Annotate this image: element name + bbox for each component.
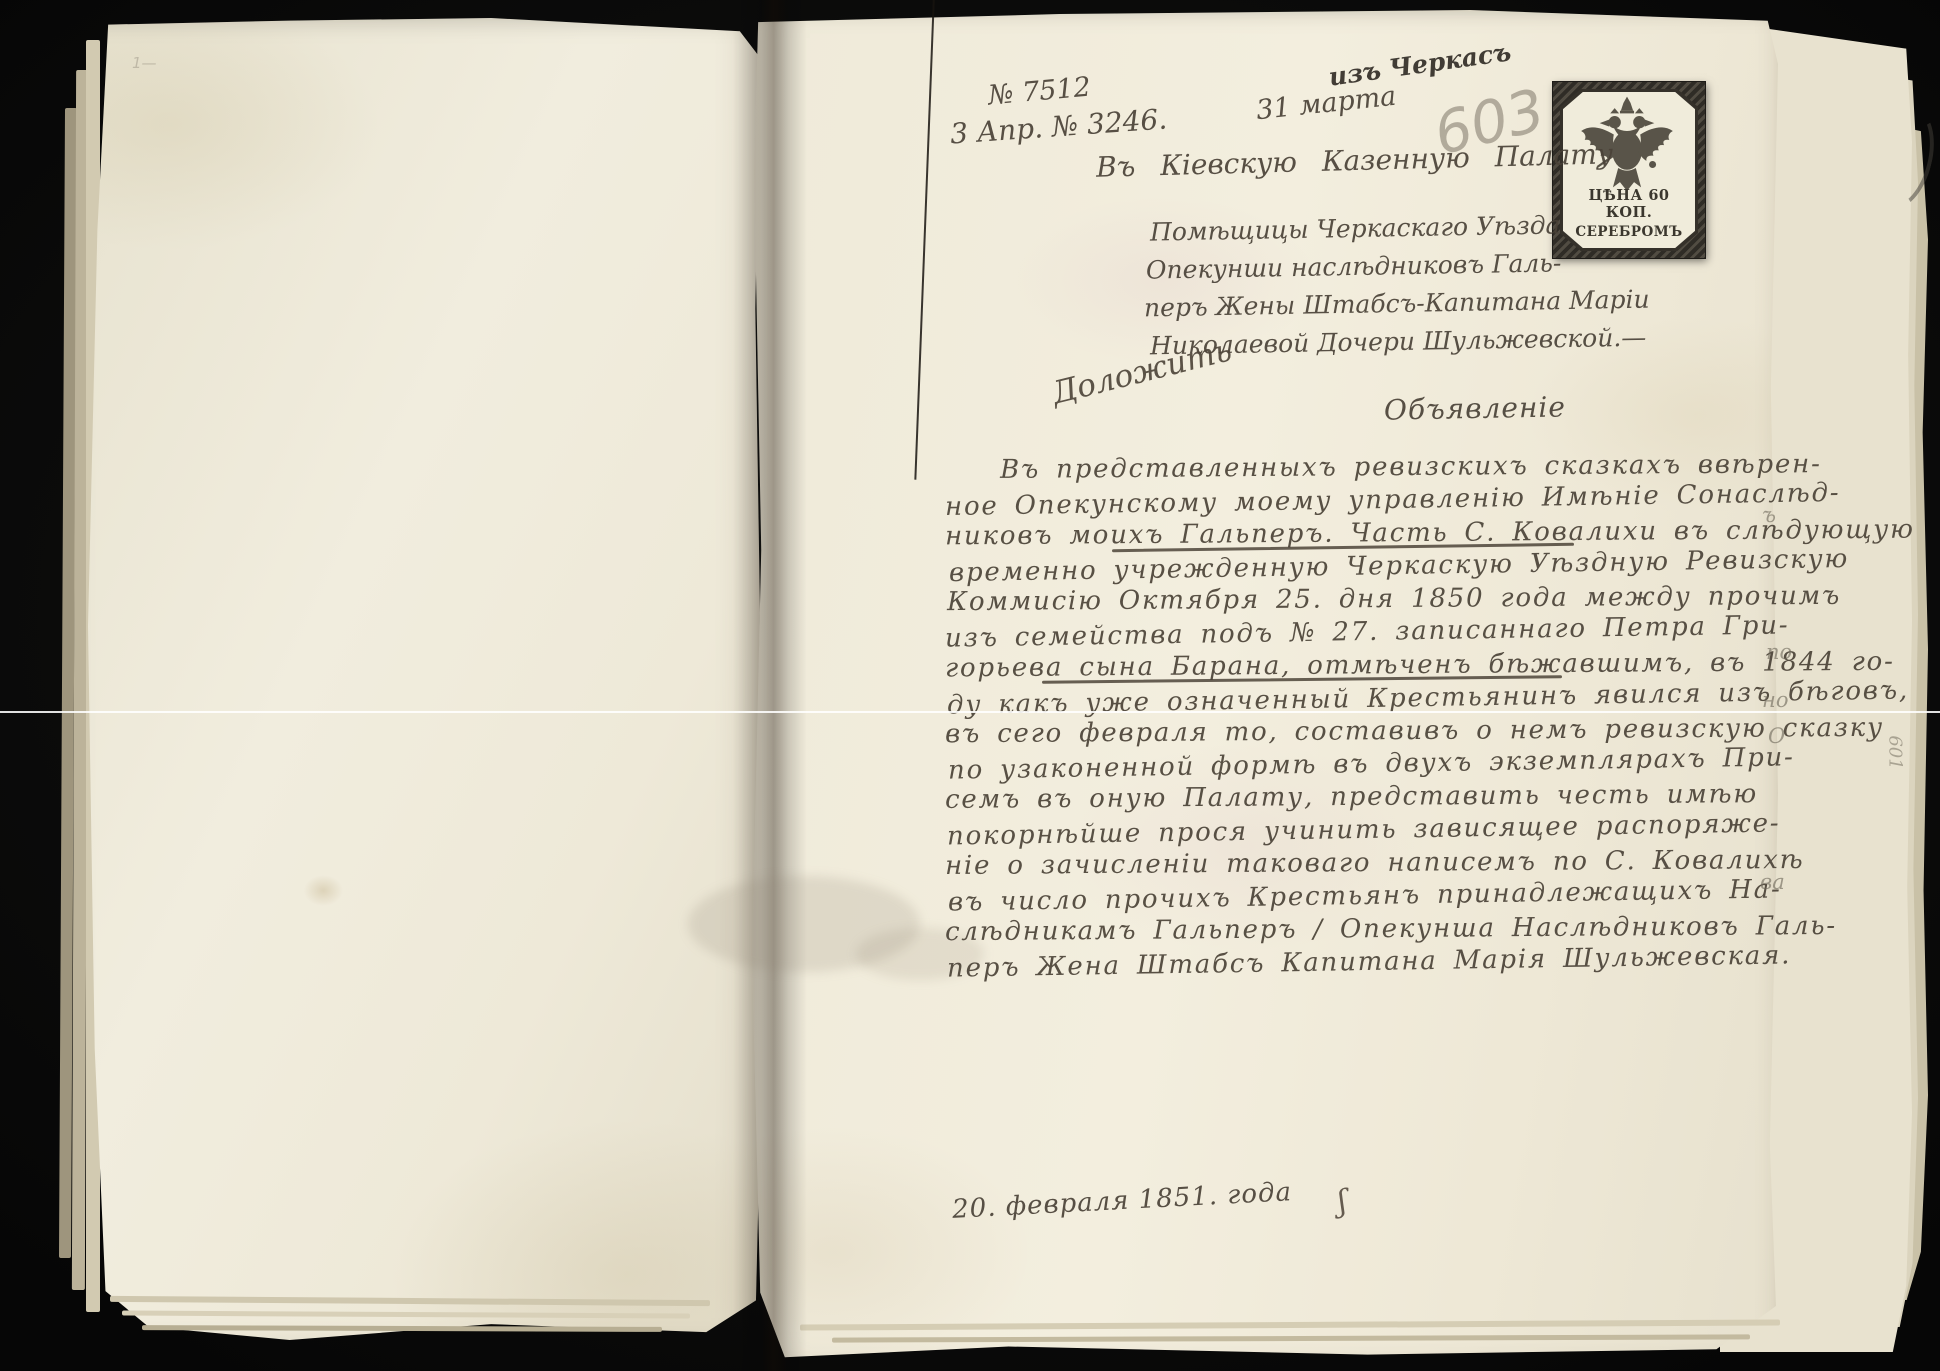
edge-pencil-fragment: 601: [1885, 735, 1906, 769]
body-line: семъ въ оную Палату, представить честь и…: [945, 779, 1758, 815]
body-line: изъ семейства подъ № 27. записаннаго Пет…: [945, 610, 1790, 653]
stamp-currency-text: СЕРЕБРОМЪ: [1563, 224, 1695, 240]
body-line: въ число прочихъ Крестьянъ принадлежащих…: [948, 874, 1782, 917]
edge-text-fragment: ъ: [1762, 503, 1776, 527]
edge-text-fragment: О: [1768, 724, 1785, 748]
edge-text-fragment: ва: [1760, 870, 1785, 894]
scan-artifact-line: [0, 711, 1940, 713]
document-heading: Объявленіе: [1384, 390, 1566, 426]
stamp-price-text: ЦѢНА 60 КОП.: [1563, 187, 1695, 221]
edge-text-fragment: по: [1766, 640, 1792, 664]
body-paragraph: Въ представленныхъ ревизскихъ сказкахъ в…: [945, 452, 1785, 1012]
edge-text-fragment: но: [1762, 688, 1788, 712]
archival-document-photo: 1— № 7512 3 Апр. № 3246. изъ Черкасъ 31 …: [0, 0, 1940, 1371]
page-gutter-shadow: [733, 0, 807, 1371]
left-blank-page: 1—: [88, 18, 760, 1340]
body-line: перъ Жена Штабсъ Капитана Марія Шульжевс…: [947, 940, 1792, 983]
corner-pencil-mark: 1—: [132, 54, 157, 72]
